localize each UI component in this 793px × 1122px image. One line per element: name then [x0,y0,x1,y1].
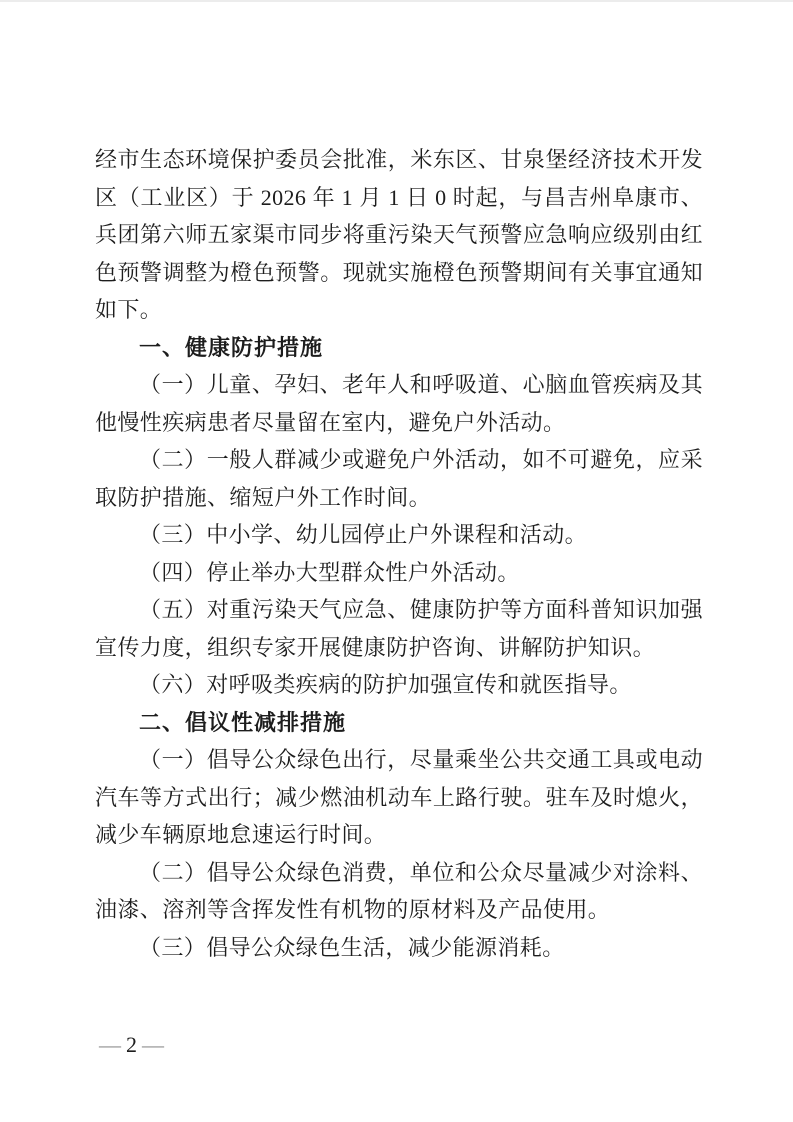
section2-item-1: （一）倡导公众绿色出行，尽量乘坐公共交通工具或电动汽车等方式出行；减少燃油机动车… [95,741,703,854]
section1-item-4: （四）停止举办大型群众性户外活动。 [95,554,703,592]
page-number: —2— [99,1030,164,1060]
section1-item-5: （五）对重污染天气应急、健康防护等方面科普知识加强宣传力度，组织专家开展健康防护… [95,591,703,666]
page-top-edge [0,0,793,2]
intro-paragraph: 经市生态环境保护委员会批准，米东区、甘泉堡经济技术开发区（工业区）于 2026 … [95,141,703,329]
section1-item-6: （六）对呼吸类疾病的防护加强宣传和就医指导。 [95,666,703,704]
section2-heading: 二、倡议性减排措施 [95,704,703,742]
page-number-dash-right: — [142,1032,164,1057]
section1-item-1: （一）儿童、孕妇、老年人和呼吸道、心脑血管疾病及其他慢性疾病患者尽量留在室内，避… [95,366,703,441]
section1-item-3: （三）中小学、幼儿园停止户外课程和活动。 [95,516,703,554]
page-number-value: 2 [121,1032,142,1057]
section1-item-2: （二）一般人群减少或避免户外活动，如不可避免，应采取防护措施、缩短户外工作时间。 [95,441,703,516]
section2-item-3: （三）倡导公众绿色生活，减少能源消耗。 [95,929,703,967]
page-number-dash-left: — [99,1032,121,1057]
section1-heading: 一、健康防护措施 [95,329,703,367]
document-body: 经市生态环境保护委员会批准，米东区、甘泉堡经济技术开发区（工业区）于 2026 … [95,141,703,966]
section2-item-2: （二）倡导公众绿色消费，单位和公众尽量减少对涂料、油漆、溶剂等含挥发性有机物的原… [95,854,703,929]
